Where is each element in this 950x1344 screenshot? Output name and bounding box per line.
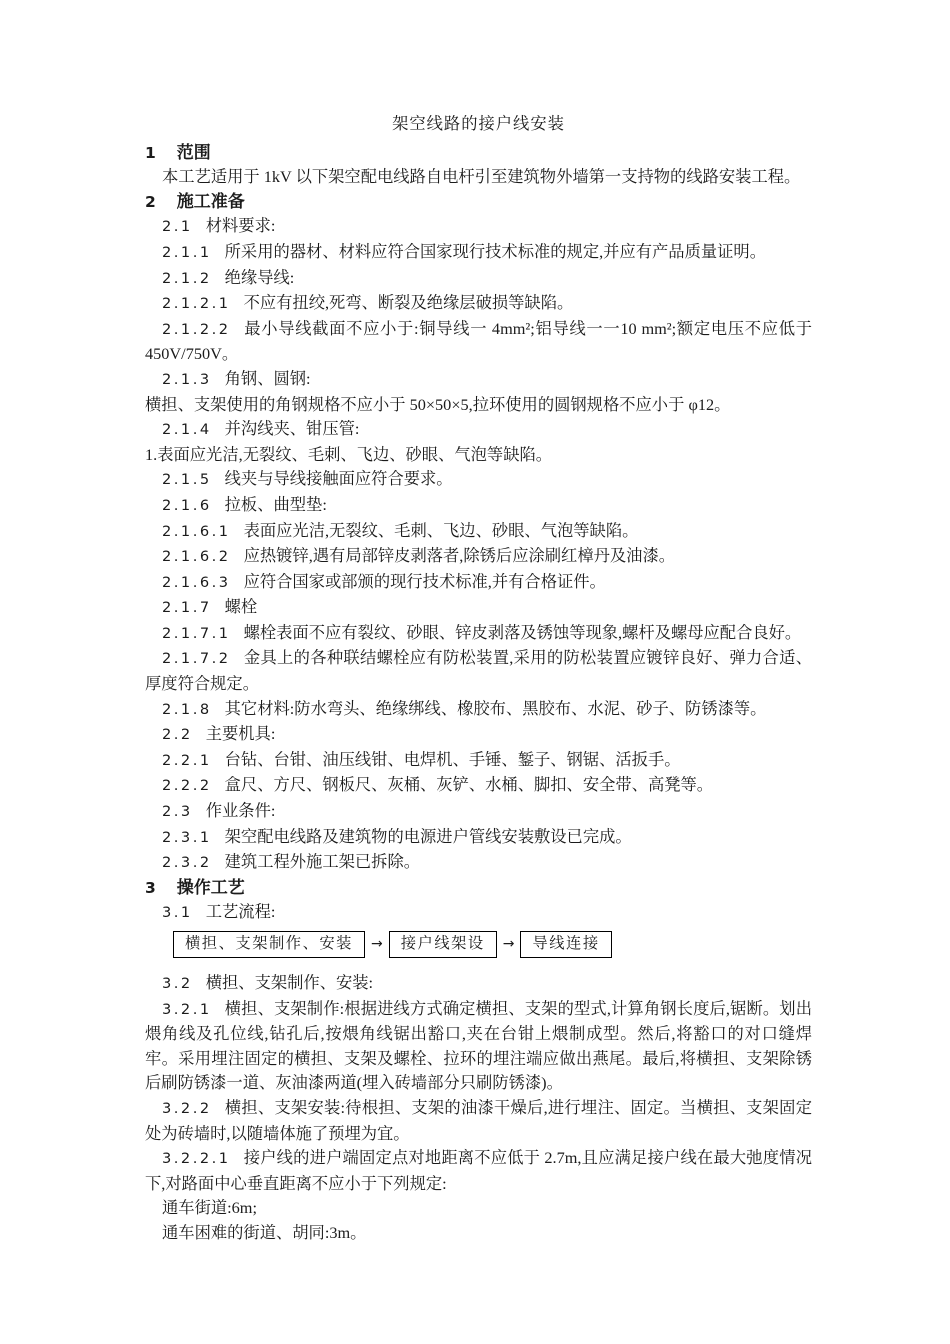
numbered-item: 2.1.7.2金具上的各种联结螺栓应有防松装置,采用的防松装置应镀锌良好、弹力合… <box>145 646 812 696</box>
numbered-item: 3.2.1横担、支架制作:根据进线方式确定横担、支架的型式,计算角钢长度后,锯断… <box>145 997 812 1096</box>
item-text: 主要机具: <box>206 724 276 743</box>
item-number: 2.1.2.2 <box>162 321 231 338</box>
paragraph: 本工艺适用于 1kV 以下架空配电线路自电杆引至建筑物外墙第一支持物的线路安装工… <box>145 165 812 190</box>
document-title: 架空线路的接户线安装 <box>145 112 812 137</box>
item-text: 范围 <box>177 143 211 162</box>
numbered-item: 3.1工艺流程: <box>145 900 812 926</box>
numbered-item: 2.1.6.2应热镀锌,遇有局部锌皮剥落者,除锈后应涂刷红樟丹及油漆。 <box>145 544 812 570</box>
paragraph: 横担、支架使用的角钢规格不应小于 50×50×5,拉环使用的圆钢规格不应小于 φ… <box>145 393 812 418</box>
item-text: 通车街道:6m; <box>162 1198 257 1217</box>
item-text: 横担、支架制作、安装: <box>206 973 373 992</box>
item-text: 施工准备 <box>177 192 245 211</box>
item-text: 架空配电线路及建筑物的电源进户管线安装敷设已完成。 <box>225 827 632 846</box>
item-text: 作业条件: <box>206 801 276 820</box>
item-text: 台钻、台钳、油压线钳、电焊机、手锤、錾子、钢锯、活扳手。 <box>225 750 681 769</box>
document-page: 架空线路的接户线安装 1范围本工艺适用于 1kV 以下架空配电线路自电杆引至建筑… <box>0 0 950 1344</box>
numbered-item: 2.1.1所采用的器材、材料应符合国家现行技术标准的规定,并应有产品质量证明。 <box>145 240 812 266</box>
item-number: 2.1.2.1 <box>162 295 231 312</box>
numbered-item: 2.3作业条件: <box>145 799 812 825</box>
numbered-item: 2.1.8其它材料:防水弯头、绝缘绑线、橡胶布、黑胶布、水泥、砂子、防锈漆等。 <box>145 697 812 723</box>
item-number: 2.1.3 <box>162 371 212 388</box>
item-number: 2.1.6.1 <box>162 523 231 540</box>
numbered-item: 2.2.2盒尺、方尺、钢板尺、灰桶、灰铲、水桶、脚扣、安全带、高凳等。 <box>145 773 812 799</box>
item-text: 其它材料:防水弯头、绝缘绑线、橡胶布、黑胶布、水泥、砂子、防锈漆等。 <box>225 699 767 718</box>
item-number: 2.1.7.2 <box>162 650 231 667</box>
item-number: 3.2.1 <box>162 1001 212 1018</box>
item-number: 2.1.5 <box>162 471 212 488</box>
numbered-item: 3.2横担、支架制作、安装: <box>145 971 812 997</box>
numbered-item: 2.3.1架空配电线路及建筑物的电源进户管线安装敷设已完成。 <box>145 825 812 851</box>
item-text: 本工艺适用于 1kV 以下架空配电线路自电杆引至建筑物外墙第一支持物的线路安装工… <box>162 167 800 186</box>
item-number: 2.1.2 <box>162 270 212 287</box>
item-text: 横担、支架使用的角钢规格不应小于 50×50×5,拉环使用的圆钢规格不应小于 φ… <box>145 395 730 414</box>
paragraph: 通车街道:6m; <box>145 1196 812 1221</box>
item-number: 3.2 <box>162 975 193 992</box>
item-number: 3.2.2 <box>162 1100 212 1117</box>
document-body: 1范围本工艺适用于 1kV 以下架空配电线路自电杆引至建筑物外墙第一支持物的线路… <box>145 141 812 1246</box>
item-text: 不应有扭绞,死弯、断裂及绝缘层破损等缺陷。 <box>244 293 574 312</box>
item-number: 1 <box>145 144 156 162</box>
numbered-item: 2.2主要机具: <box>145 722 812 748</box>
numbered-item: 2.1材料要求: <box>145 214 812 240</box>
item-text: 建筑工程外施工架已拆除。 <box>225 852 420 871</box>
item-number: 2.1.6 <box>162 497 212 514</box>
item-number: 3.1 <box>162 904 193 921</box>
item-number: 2.2 <box>162 726 193 743</box>
numbered-item: 2.3.2建筑工程外施工架已拆除。 <box>145 850 812 876</box>
item-number: 2.1 <box>162 218 193 235</box>
item-text: 所采用的器材、材料应符合国家现行技术标准的规定,并应有产品质量证明。 <box>225 242 766 261</box>
item-number: 2.1.7.1 <box>162 625 231 642</box>
item-text: 工艺流程: <box>206 902 276 921</box>
item-text: 表面应光洁,无裂纹、毛刺、飞边、砂眼、气泡等缺陷。 <box>244 521 639 540</box>
item-number: 2.2.1 <box>162 752 212 769</box>
paragraph: 通车困难的街道、胡同:3m。 <box>145 1221 812 1246</box>
paragraph: 1.表面应光洁,无裂纹、毛刺、飞边、砂眼、气泡等缺陷。 <box>145 443 812 468</box>
item-text: 1.表面应光洁,无裂纹、毛刺、飞边、砂眼、气泡等缺陷。 <box>145 445 552 464</box>
item-text: 操作工艺 <box>177 878 245 897</box>
numbered-item: 2.1.2.2最小导线截面不应小于:铜导线一 4mm²;铝导线一一10 mm²;… <box>145 317 812 367</box>
item-text: 角钢、圆钢: <box>225 369 311 388</box>
flow-step: 横担、支架制作、安装 <box>173 931 365 958</box>
item-text: 盒尺、方尺、钢板尺、灰桶、灰铲、水桶、脚扣、安全带、高凳等。 <box>225 775 713 794</box>
numbered-item: 2.1.5线夹与导线接触面应符合要求。 <box>145 467 812 493</box>
arrow-right-icon: → <box>503 932 515 957</box>
numbered-item: 2.1.7螺栓 <box>145 595 812 621</box>
section-heading: 1范围 <box>145 141 812 166</box>
item-number: 2.1.6.3 <box>162 574 231 591</box>
item-number: 2.1.6.2 <box>162 548 231 565</box>
item-number: 2.3.2 <box>162 854 212 871</box>
item-text: 拉板、曲型垫: <box>225 495 327 514</box>
item-text: 螺栓表面不应有裂纹、砂眼、锌皮剥落及锈蚀等现象,螺杆及螺母应配合良好。 <box>244 623 802 642</box>
item-text: 横担、支架制作:根据进线方式确定横担、支架的型式,计算角钢长度后,锯断。划出煨角… <box>145 999 812 1093</box>
numbered-item: 2.1.2绝缘导线: <box>145 266 812 292</box>
flow-step: 导线连接 <box>520 931 611 958</box>
item-text: 最小导线截面不应小于:铜导线一 4mm²;铝导线一一10 mm²;额定电压不应低… <box>145 319 812 364</box>
item-text: 螺栓 <box>225 597 258 616</box>
item-number: 3 <box>145 879 156 897</box>
item-text: 线夹与导线接触面应符合要求。 <box>225 469 453 488</box>
numbered-item: 2.1.6.3应符合国家或部颁的现行技术标准,并有合格证件。 <box>145 570 812 596</box>
numbered-item: 2.2.1台钻、台钳、油压线钳、电焊机、手锤、錾子、钢锯、活扳手。 <box>145 748 812 774</box>
section-heading: 3操作工艺 <box>145 876 812 901</box>
numbered-item: 2.1.6.1表面应光洁,无裂纹、毛刺、飞边、砂眼、气泡等缺陷。 <box>145 519 812 545</box>
numbered-item: 2.1.3角钢、圆钢: <box>145 367 812 393</box>
process-flowchart: 横担、支架制作、安装→接户线架设→导线连接 <box>173 931 812 958</box>
item-text: 金具上的各种联结螺栓应有防松装置,采用的防松装置应镀锌良好、弹力合适、厚度符合规… <box>145 648 812 693</box>
item-text: 应符合国家或部颁的现行技术标准,并有合格证件。 <box>244 572 606 591</box>
numbered-item: 2.1.4并沟线夹、钳压管: <box>145 417 812 443</box>
numbered-item: 2.1.7.1螺栓表面不应有裂纹、砂眼、锌皮剥落及锈蚀等现象,螺杆及螺母应配合良… <box>145 621 812 647</box>
item-number: 2.1.4 <box>162 421 212 438</box>
item-text: 材料要求: <box>206 216 276 235</box>
item-text: 应热镀锌,遇有局部锌皮剥落者,除锈后应涂刷红樟丹及油漆。 <box>244 546 675 565</box>
flow-step: 接户线架设 <box>389 931 497 958</box>
item-number: 2.3.1 <box>162 829 212 846</box>
item-text: 横担、支架安装:待根担、支架的油漆干燥后,进行埋注、固定。当横担、支架固定处为砖… <box>145 1098 812 1143</box>
numbered-item: 3.2.2横担、支架安装:待根担、支架的油漆干燥后,进行埋注、固定。当横担、支架… <box>145 1096 812 1146</box>
arrow-right-icon: → <box>371 932 383 957</box>
item-number: 2.1.8 <box>162 701 212 718</box>
item-number: 3.2.2.1 <box>162 1150 231 1167</box>
item-text: 绝缘导线: <box>225 268 295 287</box>
numbered-item: 2.1.2.1不应有扭绞,死弯、断裂及绝缘层破损等缺陷。 <box>145 291 812 317</box>
item-number: 2.1.1 <box>162 244 212 261</box>
item-number: 2 <box>145 193 156 211</box>
item-text: 接户线的进户端固定点对地距离不应低于 2.7m,且应满足接户线在最大弛度情况下,… <box>145 1148 812 1193</box>
item-number: 2.1.7 <box>162 599 212 616</box>
item-number: 2.2.2 <box>162 777 212 794</box>
section-heading: 2施工准备 <box>145 190 812 215</box>
item-number: 2.3 <box>162 803 193 820</box>
item-text: 并沟线夹、钳压管: <box>225 419 360 438</box>
item-text: 通车困难的街道、胡同:3m。 <box>162 1223 366 1242</box>
numbered-item: 2.1.6拉板、曲型垫: <box>145 493 812 519</box>
numbered-item: 3.2.2.1接户线的进户端固定点对地距离不应低于 2.7m,且应满足接户线在最… <box>145 1146 812 1196</box>
